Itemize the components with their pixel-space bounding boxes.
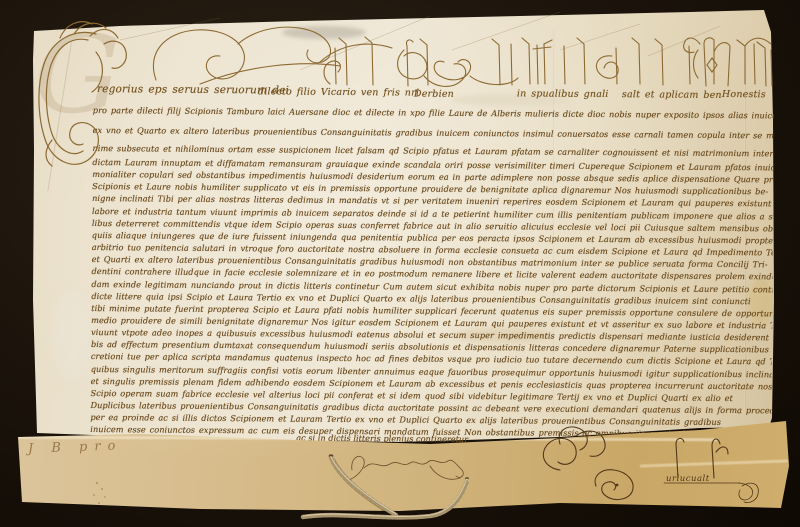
manuscript-line: ex vno et Quarto ex altero lateribus pro…	[93, 125, 774, 142]
plica-crease	[640, 459, 788, 467]
heading-segment: Derbien	[414, 89, 454, 100]
manuscript-line: pro parte dilecti filij Scipionis Tambur…	[93, 105, 774, 122]
plica-inscription-right: urlucualt	[666, 474, 710, 484]
heading-segment: in spualibus gnali	[517, 88, 609, 100]
heading-segment: Honestis	[722, 89, 766, 100]
heading-segment: salt et aplicam ben	[622, 89, 722, 101]
manuscript-photograph: G regorius eps seruus seruorum dei dilec…	[0, 0, 800, 527]
body-text-lines: pro parte dilecti filij Scipionis Tambur…	[1, 0, 800, 6]
heading-segment: dilecto filio Vicario ven fris nri	[258, 86, 419, 98]
plica-speckles	[96, 482, 98, 484]
